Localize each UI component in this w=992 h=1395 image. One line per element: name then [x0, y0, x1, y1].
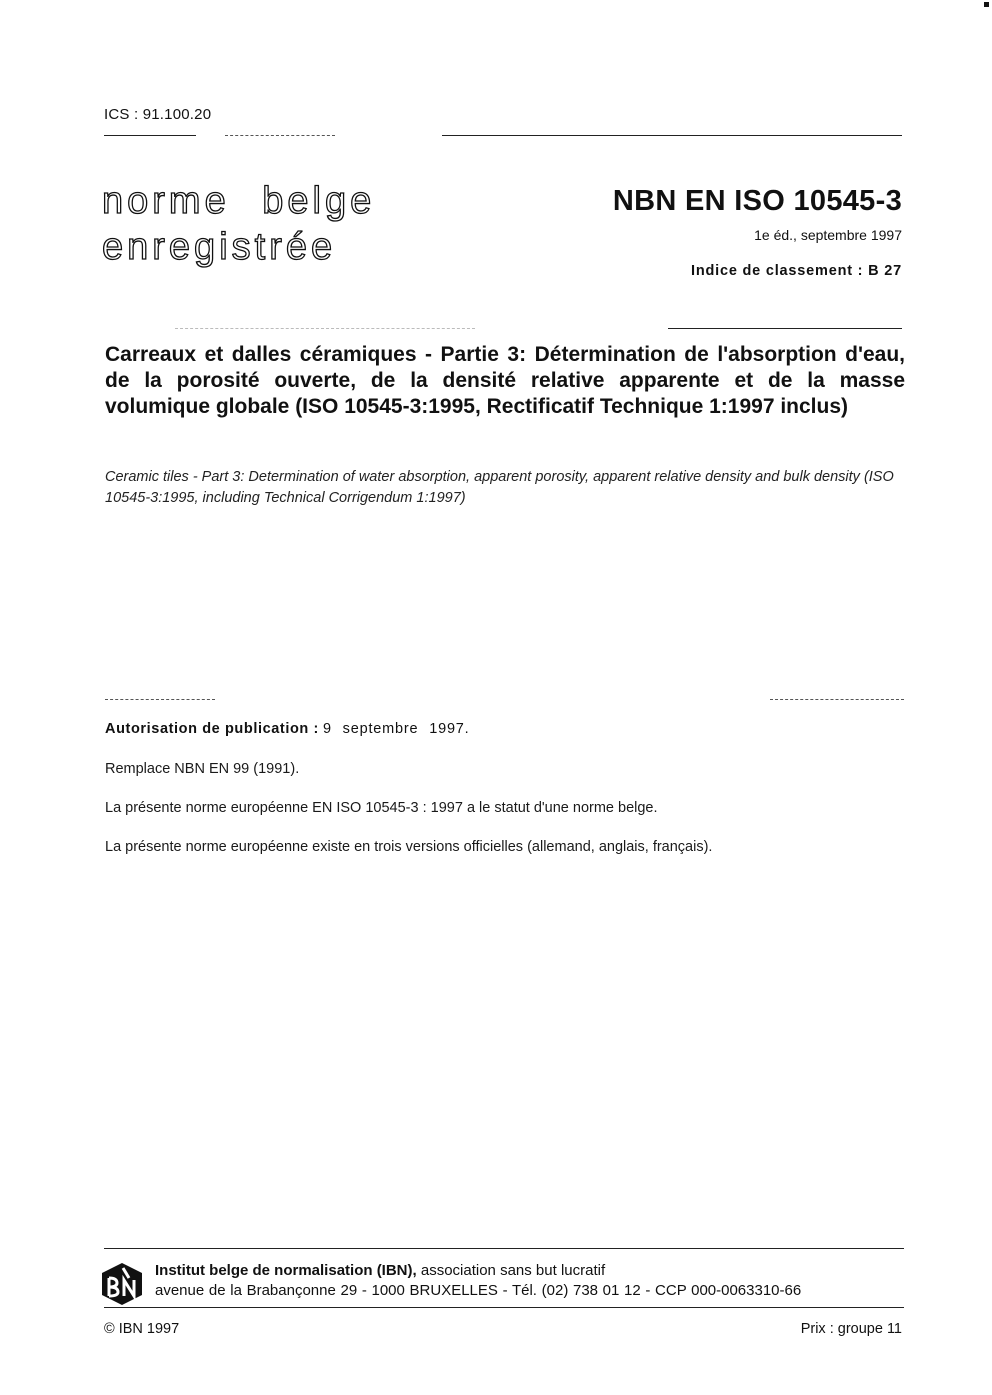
publication-authorisation: Autorisation de publication : 9 septembr…: [105, 721, 470, 737]
doc-type-heading-line1: norme belge: [102, 182, 375, 220]
doc-type-heading-line2: enregistrée: [102, 228, 336, 266]
institute-line: Institut belge de normalisation (IBN), a…: [155, 1262, 605, 1279]
footer-rule: [104, 1307, 904, 1308]
title-rule: [175, 328, 475, 329]
header-rule: [225, 135, 335, 136]
institute-name: Institut belge de normalisation (IBN),: [155, 1262, 417, 1279]
standard-number: NBN EN ISO 10545-3: [613, 185, 902, 218]
status-note: La présente norme européenne EN ISO 1054…: [105, 800, 658, 816]
classification-index: Indice de classement : B 27: [691, 263, 902, 279]
scan-artifact: [984, 2, 989, 7]
institute-description: association sans but lucratif: [421, 1262, 605, 1279]
header-rule: [442, 135, 902, 136]
authorisation-label: Autorisation de publication :: [105, 721, 319, 737]
price-group: Prix : groupe 11: [801, 1321, 902, 1337]
classification-value: B 27: [868, 263, 902, 279]
institute-address: avenue de la Brabançonne 29 - 1000 BRUXE…: [155, 1282, 801, 1299]
footer-rule: [104, 1248, 904, 1249]
ibn-logo-icon: [100, 1262, 144, 1306]
versions-note: La présente norme européenne existe en t…: [105, 839, 712, 855]
title-english: Ceramic tiles - Part 3: Determination of…: [105, 467, 905, 509]
title-rule: [668, 328, 902, 329]
header-rule: [104, 135, 196, 136]
edition-info: 1e éd., septembre 1997: [754, 227, 902, 243]
section-rule: [105, 699, 215, 700]
title-french: Carreaux et dalles céramiques - Partie 3…: [105, 342, 905, 420]
authorisation-date: 9 septembre 1997.: [323, 721, 470, 737]
copyright: © IBN 1997: [104, 1321, 179, 1337]
ics-code: ICS : 91.100.20: [104, 106, 211, 123]
replaces-note: Remplace NBN EN 99 (1991).: [105, 761, 299, 777]
classification-label: Indice de classement :: [691, 263, 863, 279]
section-rule: [770, 699, 904, 700]
